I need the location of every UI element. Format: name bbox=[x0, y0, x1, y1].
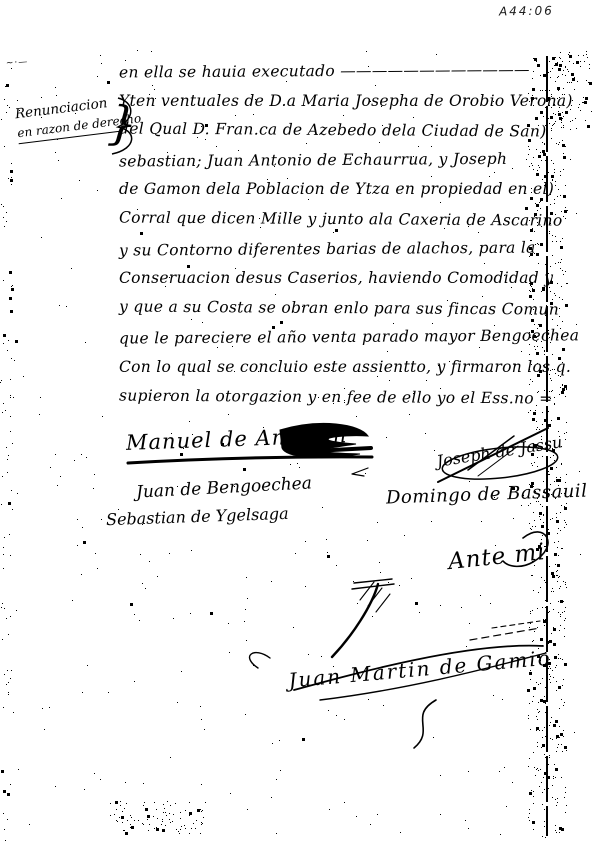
page-scan: A44:06 ~·— Renunciacion en razon de dere… bbox=[0, 0, 596, 842]
body-line: Yten ventuales de D.a Maria Josepha de O… bbox=[119, 92, 545, 122]
signature-sebastian-de-ygelsaga: Sebastian de Ygelsaga bbox=[106, 504, 289, 529]
body-line: del Qual D. Fran.ca de Azebedo dela Ciud… bbox=[119, 120, 545, 153]
body-line: Conseruacion desus Caserios, haviendo Co… bbox=[119, 269, 545, 299]
body-line: y su Contorno diferentes barias de alach… bbox=[119, 238, 545, 271]
signature-manuel-de-ansoain: Manuel de Ansoain bbox=[126, 423, 348, 455]
body-line: Con lo qual se concluio este assientto, … bbox=[119, 358, 545, 388]
top-right-noise bbox=[0, 0, 1, 1]
body-text: en ella se hauia executado ————————————Y… bbox=[119, 62, 545, 417]
body-line: de Gamon dela Poblacion de Ytza en propi… bbox=[119, 180, 545, 210]
notary-ante-mi-mark: Ante mi bbox=[447, 539, 547, 575]
body-line: y que a su Costa se obran enlo para sus … bbox=[119, 297, 545, 330]
body-line: que le pareciere el año venta parado may… bbox=[119, 327, 545, 360]
signature-domingo-de-bassauil: Domingo de Bassauil bbox=[386, 480, 588, 508]
signature-joseph-de-jassu: Joseph de Jassu bbox=[435, 432, 563, 471]
ink-smudge: ~·— bbox=[6, 57, 29, 69]
signature-juan-martin-de-gamio: Juan Martin de Gamio bbox=[287, 646, 552, 693]
body-line: en ella se hauia executado ———————————— bbox=[119, 61, 545, 94]
body-line: sebastian; Juan Antonio de Echaurrua, y … bbox=[119, 149, 545, 182]
pencil-folio-annotation: A44:06 bbox=[499, 4, 554, 19]
body-line: supieron la otorgazion y en fee de ello … bbox=[119, 386, 545, 419]
tall-j-flourish bbox=[250, 579, 394, 668]
margin-note: Renunciacion en razon de derecho bbox=[14, 93, 122, 144]
body-line: Corral que dicen Mille y junto ala Caxer… bbox=[119, 208, 545, 241]
signature-juan-de-bengoechea: Juan de Bengoechea bbox=[136, 473, 313, 502]
gutter-binding-line bbox=[546, 56, 548, 836]
